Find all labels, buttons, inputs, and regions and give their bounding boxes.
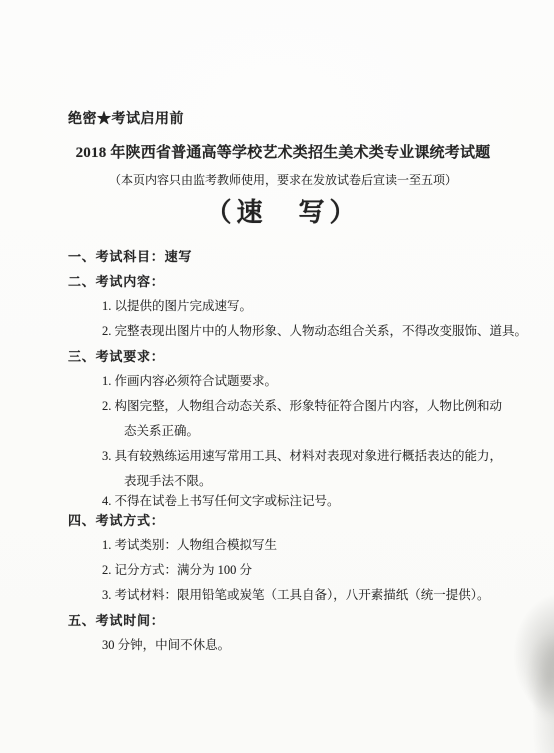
- section-heading-1: 一、考试科目：速写: [68, 244, 498, 269]
- list-item-line: 1. 作画内容必须符合试题要求。: [102, 369, 498, 394]
- list-item-line: 3. 考试材料：限用铅笔或炭笔（工具自备），八开素描纸（统一提供）。: [102, 583, 498, 608]
- list-item-line: 态关系正确。: [102, 419, 498, 444]
- list-item: 1. 考试类别：人物组合模拟写生: [68, 533, 498, 558]
- proctor-note: （本页内容只由监考教师使用，要求在发放试卷后宣读一至五项）: [68, 171, 498, 189]
- list-item-line: 3. 具有较熟练运用速写常用工具、材料对表现对象进行概括表达的能力，: [102, 444, 498, 469]
- section-exam-requirements: 三、考试要求： 1. 作画内容必须符合试题要求。 2. 构图完整，人物组合动态关…: [68, 344, 498, 514]
- section-exam-content: 二、考试内容： 1. 以提供的图片完成速写。 2. 完整表现出图片中的人物形象、…: [68, 269, 498, 344]
- list-item-line: 1. 以提供的图片完成速写。: [102, 294, 498, 319]
- list-item-line: 2. 构图完整，人物组合动态关系、形象特征符合图片内容，人物比例和动: [102, 394, 498, 419]
- list-item: 1. 以提供的图片完成速写。: [68, 294, 498, 319]
- list-item-line: 2. 完整表现出图片中的人物形象、人物动态组合关系，不得改变服饰、道具。: [102, 319, 498, 344]
- scanned-exam-page: 绝密★考试启用前 2018 年陕西省普通高等学校艺术类招生美术类专业课统考试题 …: [0, 0, 554, 753]
- section-heading-2: 二、考试内容：: [68, 269, 498, 294]
- list-item: 2. 记分方式：满分为 100 分: [68, 558, 498, 583]
- list-item-line: 2. 记分方式：满分为 100 分: [102, 558, 498, 583]
- section-exam-time: 五、考试时间： 30 分钟，中间不休息。: [68, 608, 498, 658]
- document-content: 绝密★考试启用前 2018 年陕西省普通高等学校艺术类招生美术类专业课统考试题 …: [68, 110, 498, 658]
- section-heading-5: 五、考试时间：: [68, 608, 498, 633]
- list-item-line: 1. 考试类别：人物组合模拟写生: [102, 533, 498, 558]
- section-list: 一、考试科目：速写 二、考试内容： 1. 以提供的图片完成速写。 2. 完整表现…: [68, 244, 498, 658]
- subject-title: （速 写）: [68, 194, 498, 232]
- list-item: 2. 构图完整，人物组合动态关系、形象特征符合图片内容，人物比例和动 态关系正确…: [68, 394, 498, 444]
- section-exam-subject: 一、考试科目：速写: [68, 244, 498, 269]
- list-item-line: 30 分钟，中间不休息。: [102, 633, 498, 658]
- classification-banner: 绝密★考试启用前: [68, 110, 498, 130]
- list-item: 3. 具有较熟练运用速写常用工具、材料对表现对象进行概括表达的能力， 表现手法不…: [68, 444, 498, 494]
- document-title: 2018 年陕西省普通高等学校艺术类招生美术类专业课统考试题: [68, 142, 498, 164]
- list-item: 30 分钟，中间不休息。: [68, 633, 498, 658]
- list-item: 2. 完整表现出图片中的人物形象、人物动态组合关系，不得改变服饰、道具。: [68, 319, 498, 344]
- section-exam-method: 四、考试方式： 1. 考试类别：人物组合模拟写生 2. 记分方式：满分为 100…: [68, 508, 498, 608]
- scan-smudge: [526, 633, 554, 723]
- list-item: 1. 作画内容必须符合试题要求。: [68, 369, 498, 394]
- section-heading-3: 三、考试要求：: [68, 344, 498, 369]
- list-item: 3. 考试材料：限用铅笔或炭笔（工具自备），八开素描纸（统一提供）。: [68, 583, 498, 608]
